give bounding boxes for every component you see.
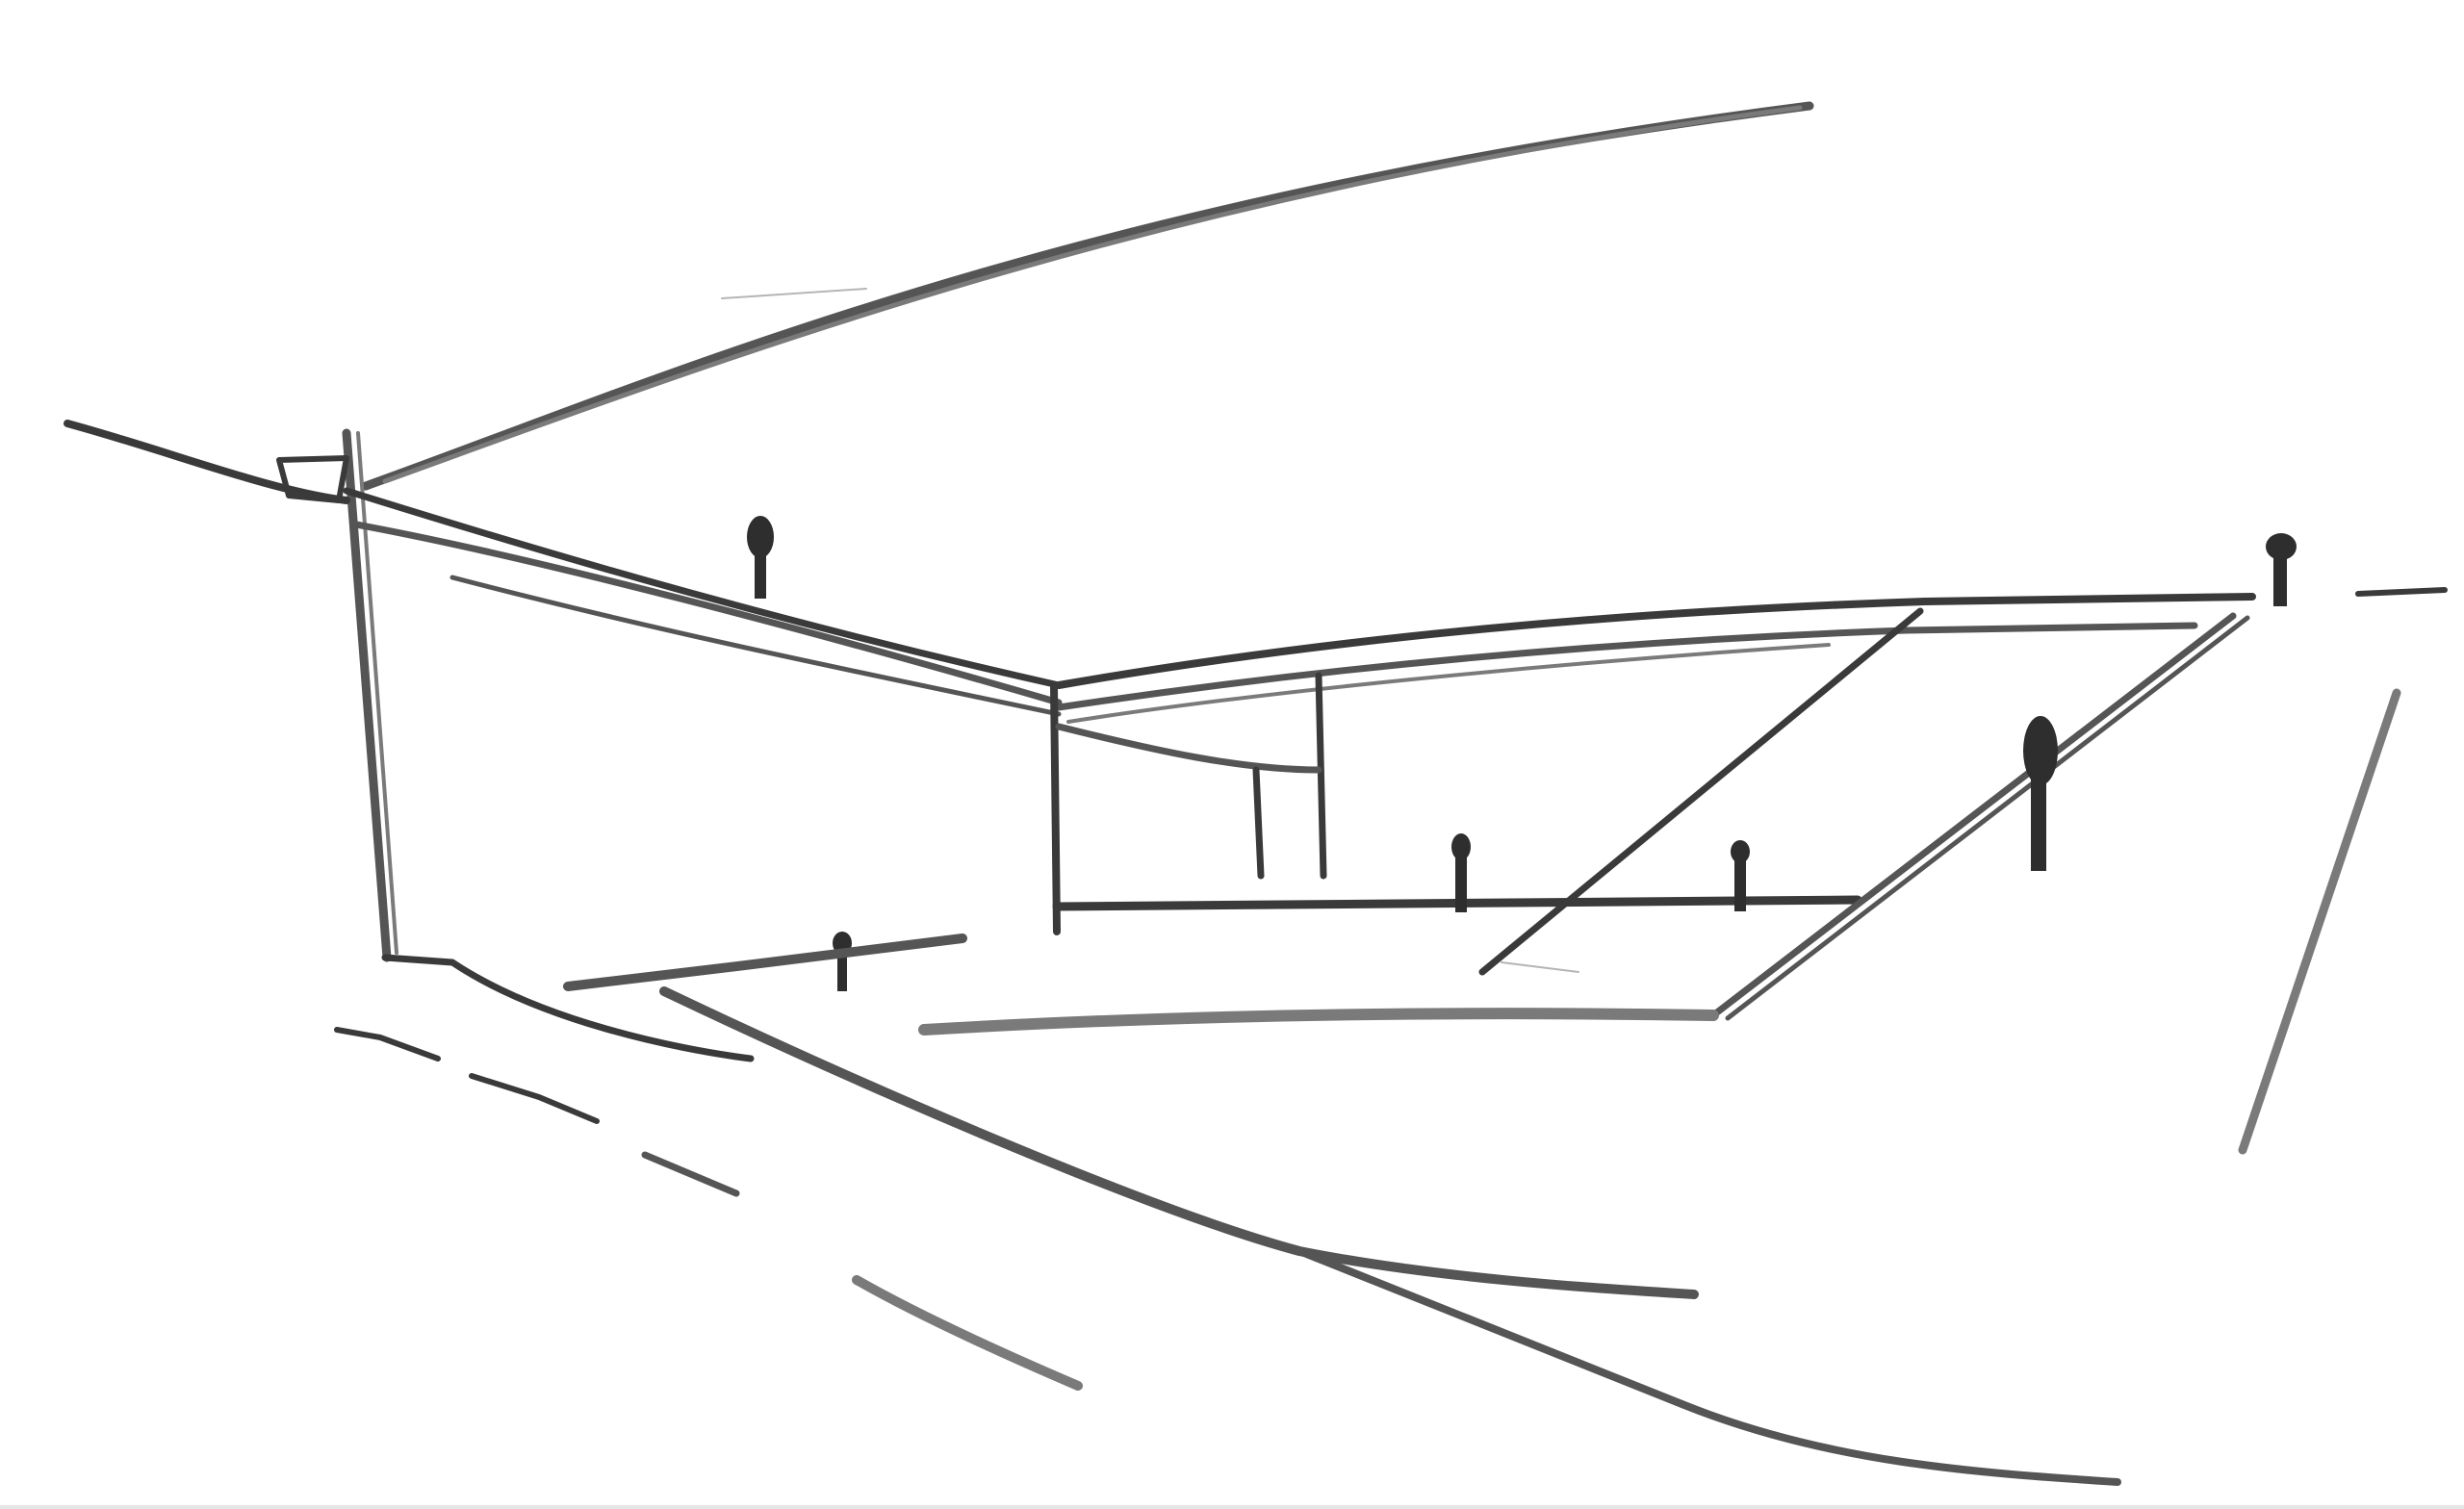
roof-lines (67, 423, 2252, 722)
long-diagonal-beam (366, 106, 1809, 486)
pencil-sketch (0, 0, 2464, 1509)
right-diagonal (2243, 693, 2397, 1150)
figures (747, 516, 2297, 991)
left-post (279, 433, 397, 958)
faint-marks (722, 289, 2445, 972)
page-edge (0, 1505, 2464, 1509)
figure-lower-left (833, 932, 852, 991)
figure-on-right-end (2266, 533, 2297, 606)
figure-on-roof (747, 516, 774, 599)
figure-hanging (2023, 716, 2058, 871)
